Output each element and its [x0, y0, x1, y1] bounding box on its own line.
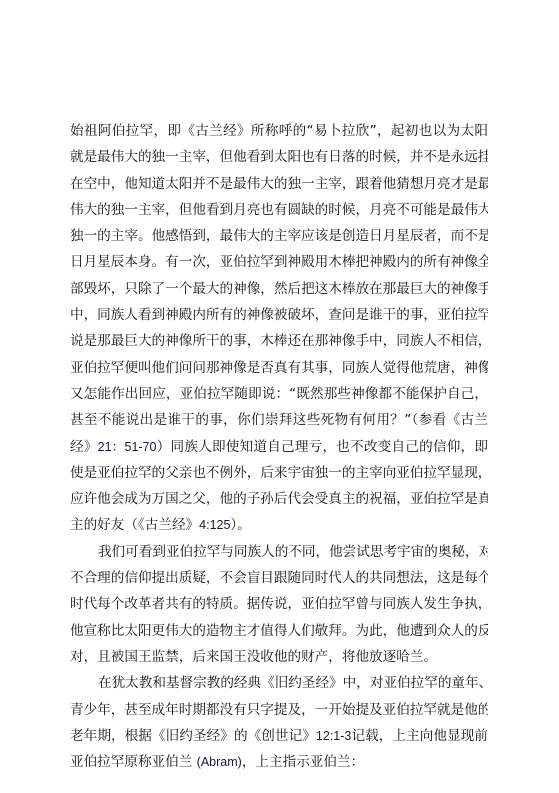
text-line: 应许他会成为万国之父，他的子孙后代会受真主的祝福，亚伯拉罕是真 [70, 486, 488, 512]
text-line: 亚伯拉罕原称亚伯兰 (Abram)，上主指示亚伯兰： [70, 749, 488, 775]
text-line: 使是亚伯拉罕的父亲也不例外，后来宇宙独一的主宰向亚伯拉罕显现， [70, 460, 488, 486]
text-line: 部毁坏，只除了一个最大的神像，然后把这木棒放在那最巨大的神像手 [70, 276, 488, 302]
text-segment: 主的好友（《古兰经》 [70, 517, 199, 533]
text-segment: ，上主指示亚伯兰： [242, 754, 364, 770]
text-line: 甚至不能说出是谁干的事，你们崇拜这些死物有何用？”（参看《古兰 [70, 407, 488, 433]
text-segment: ）同族人即使知道自己理亏，也不改变自己的信仰，即 [156, 439, 488, 455]
text-segment: 老年期，根据《旧约圣经》的《创世记》 [70, 728, 316, 744]
text-line: 始祖阿伯拉罕，即《古兰经》所称呼的“易卜拉欣”，起初也以为太阳 [70, 118, 488, 144]
quran-reference: 21：51-70 [98, 440, 157, 454]
text-segment: 记载，上主向他显现前 [351, 728, 488, 744]
text-segment: 经》 [70, 439, 98, 455]
text-line: 对，且被国王监禁，后来国王没收他的财产，将他放逐哈兰。 [70, 644, 488, 670]
text-line: 不合理的信仰提出质疑，不会盲目跟随同时代人的共同想法，这是每个 [70, 565, 488, 591]
paragraph-1: 始祖阿伯拉罕，即《古兰经》所称呼的“易卜拉欣”，起初也以为太阳 就是最伟大的独一… [70, 118, 488, 539]
text-line: 日月星辰本身。有一次，亚伯拉罕到神殿用木棒把神殿内的所有神像全 [70, 249, 488, 275]
text-line: 就是最伟大的独一主宰，但他看到太阳也有日落的时候，并不是永远挂 [70, 144, 488, 170]
document-page: 始祖阿伯拉罕，即《古兰经》所称呼的“易卜拉欣”，起初也以为太阳 就是最伟大的独一… [70, 118, 488, 775]
text-line: 又怎能作出回应，亚伯拉罕随即说：“既然那些神像都不能保护自己， [70, 381, 488, 407]
text-line: 独一的主宰。他感悟到，最伟大的主宰应该是创造日月星辰者，而不是 [70, 223, 488, 249]
text-line: 他宣称比太阳更伟大的造物主才值得人们敬拜。为此，他遭到众人的反 [70, 618, 488, 644]
text-line: 主的好友（《古兰经》4:125）。 [70, 512, 488, 538]
text-line: 老年期，根据《旧约圣经》的《创世记》12:1-3记载，上主向他显现前 [70, 723, 488, 749]
paragraph-2: 我们可看到亚伯拉罕与同族人的不同，他尝试思考宇宙的奥秘，对 不合理的信仰提出质疑… [70, 539, 488, 670]
text-line: 时代每个改革者共有的特质。据传说，亚伯拉罕曾与同族人发生争执， [70, 591, 488, 617]
text-line: 青少年，甚至成年时期都没有只字提及，一开始提及亚伯拉罕就是他的 [70, 697, 488, 723]
name-annotation: (Abram) [197, 755, 242, 769]
text-line: 经》21：51-70）同族人即使知道自己理亏，也不改变自己的信仰，即 [70, 434, 488, 460]
text-line: 亚伯拉罕便叫他们问问那神像是否真有其事，同族人觉得他荒唐，神像 [70, 355, 488, 381]
text-line: 伟大的独一主宰，但他看到月亮也有圆缺的时候，月亮不可能是最伟大 [70, 197, 488, 223]
text-line: 在空中，他知道太阳并不是最伟大的独一主宰，跟着他猜想月亮才是最 [70, 171, 488, 197]
text-line: 中，同族人看到神殿内所有的神像被破坏，查问是谁干的事，亚伯拉罕 [70, 302, 488, 328]
text-line: 我们可看到亚伯拉罕与同族人的不同，他尝试思考宇宙的奥秘，对 [70, 539, 488, 565]
text-line: 说是那最巨大的神像所干的事，木棒还在那神像手中，同族人不相信， [70, 328, 488, 354]
bible-reference: 12:1-3 [316, 729, 351, 743]
text-segment: 亚伯拉罕原称亚伯兰 [70, 754, 197, 770]
paragraph-3: 在犹太教和基督宗教的经典《旧约圣经》中，对亚伯拉罕的童年、 青少年，甚至成年时期… [70, 670, 488, 775]
quran-reference: 4:125 [199, 518, 230, 532]
text-line: 在犹太教和基督宗教的经典《旧约圣经》中，对亚伯拉罕的童年、 [70, 670, 488, 696]
text-segment: ）。 [230, 517, 250, 533]
